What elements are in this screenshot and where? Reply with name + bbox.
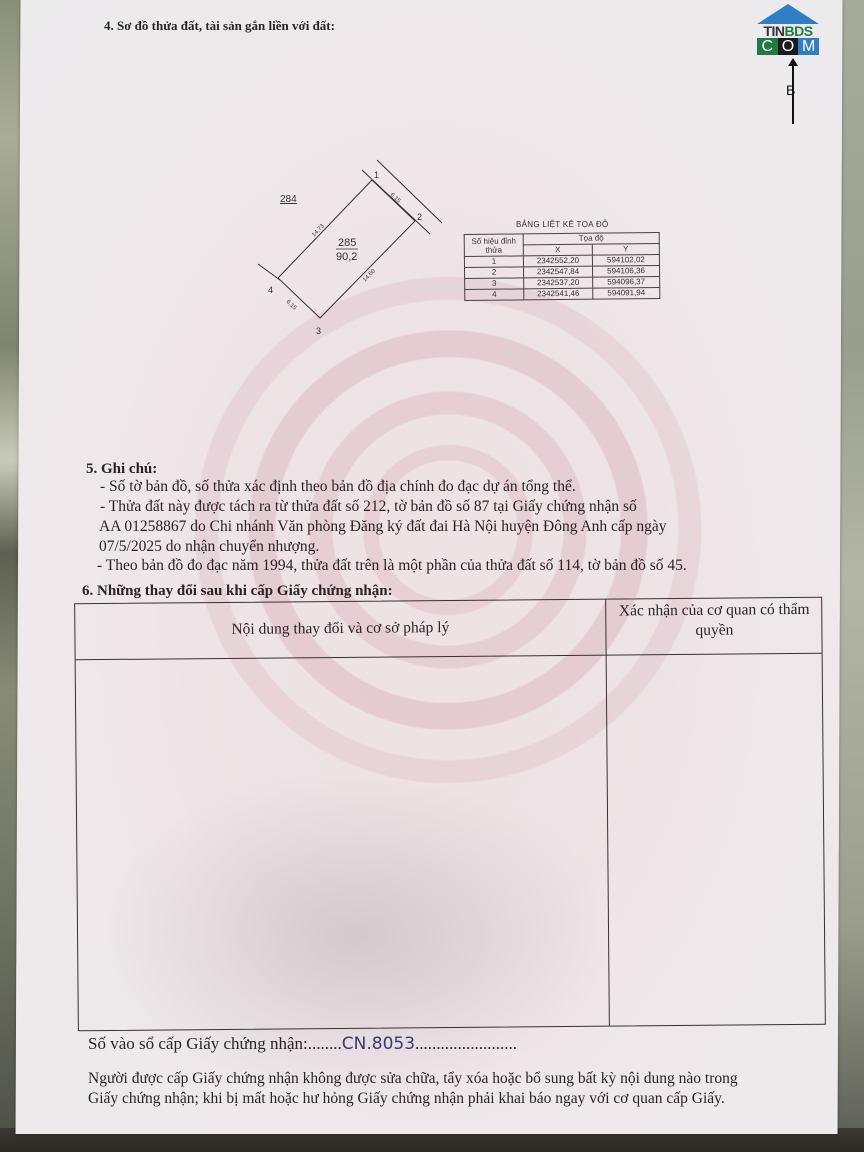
edge-1-2: 6,15: [389, 192, 402, 205]
coord-cell-y: 594106,36: [592, 265, 659, 277]
registration-label: Số vào sổ cấp Giấy chứng nhận:: [88, 1034, 308, 1053]
warning-line-2: Giấy chứng nhận; khi bị mất hoặc hư hỏng…: [88, 1090, 725, 1108]
house-roof-icon: [757, 4, 819, 24]
header-y: Y: [592, 243, 659, 255]
logo-letter-o: O: [778, 38, 799, 55]
logo-letter-m: M: [798, 38, 819, 55]
note-line-5: - Theo bản đồ đo đạc năm 1994, thửa đất …: [97, 557, 687, 575]
coord-cell-point: 4: [465, 289, 524, 301]
coord-cell-y: 594096,37: [593, 276, 660, 288]
col-header-authority-confirmation: Xác nhận của cơ quan có thẩm quyền: [607, 600, 821, 642]
note-line-1: - Số tờ bản đồ, số thửa xác định theo bả…: [100, 478, 576, 496]
edge-3-4: 6,15: [285, 299, 298, 312]
section-6-title: 6. Những thay đổi sau khi cấp Giấy chứng…: [82, 583, 393, 600]
coord-cell-x: 2342541,46: [524, 288, 593, 300]
registration-number: CN.8053: [342, 1034, 415, 1054]
tinbds-logo: TINBDS C O M: [757, 4, 819, 55]
note-line-4: 07/5/2025 do nhận chuyển nhượng.: [99, 538, 319, 556]
edge-2-3: 14,60: [362, 268, 377, 283]
plot-diagram: 1 2 3 4 284 285 90,2 6,15 14,60 6,15 14,…: [250, 150, 450, 340]
north-label: B: [786, 82, 795, 98]
header-x: X: [523, 244, 592, 256]
coord-table-title: BẢNG LIỆT KÊ TỌA ĐỘ: [516, 220, 609, 229]
warning-line-1: Người được cấp Giấy chứng nhận không đượ…: [88, 1070, 738, 1088]
coord-row: 42342541,46594091,94: [465, 287, 660, 300]
coord-cell-y: 594091,94: [593, 287, 660, 299]
vertex-1: 1: [374, 170, 379, 180]
vertex-4: 4: [268, 285, 273, 295]
vertex-2: 2: [417, 212, 422, 222]
coord-cell-point: 1: [464, 256, 523, 268]
table-divider-vertical: [605, 600, 610, 1026]
coord-cell-y: 594102,02: [592, 254, 659, 266]
coord-cell-point: 3: [465, 278, 524, 290]
coordinate-table: Số hiệu đỉnh thửa Tọa độ X Y 12342552,20…: [464, 232, 661, 301]
coord-cell-point: 2: [465, 267, 524, 279]
parcel-number: 285: [338, 237, 356, 249]
coord-cell-x: 2342547,84: [524, 266, 593, 278]
logo-wordmark: TINBDS: [757, 24, 819, 38]
col-header-change-content: Nội dung thay đổi và cơ sở pháp lý: [75, 618, 605, 641]
section-5-title: 5. Ghi chú:: [86, 461, 157, 478]
logo-letter-c: C: [757, 38, 778, 55]
parcel-area: 90,2: [336, 251, 357, 263]
neighbor-parcel: 284: [280, 194, 297, 205]
changes-table: Nội dung thay đổi và cơ sở pháp lý Xác n…: [74, 597, 826, 1032]
vertex-3: 3: [316, 326, 321, 336]
note-line-2: - Thửa đất này được tách ra từ thửa đất …: [100, 498, 637, 516]
coord-cell-x: 2342552,20: [523, 255, 592, 267]
note-line-3: AA 01258867 do Chi nhánh Văn phòng Đăng …: [99, 518, 667, 536]
registration-number-row: Số vào sổ cấp Giấy chứng nhận:........CN…: [88, 1034, 517, 1054]
table-divider-horizontal: [76, 653, 822, 661]
header-point: Số hiệu đỉnh thửa: [464, 234, 523, 257]
section-4-title: 4. Sơ đồ thửa đất, tài sản gắn liền với …: [104, 18, 335, 34]
logo-com: C O M: [757, 38, 819, 55]
coord-cell-x: 2342537,20: [524, 277, 593, 289]
